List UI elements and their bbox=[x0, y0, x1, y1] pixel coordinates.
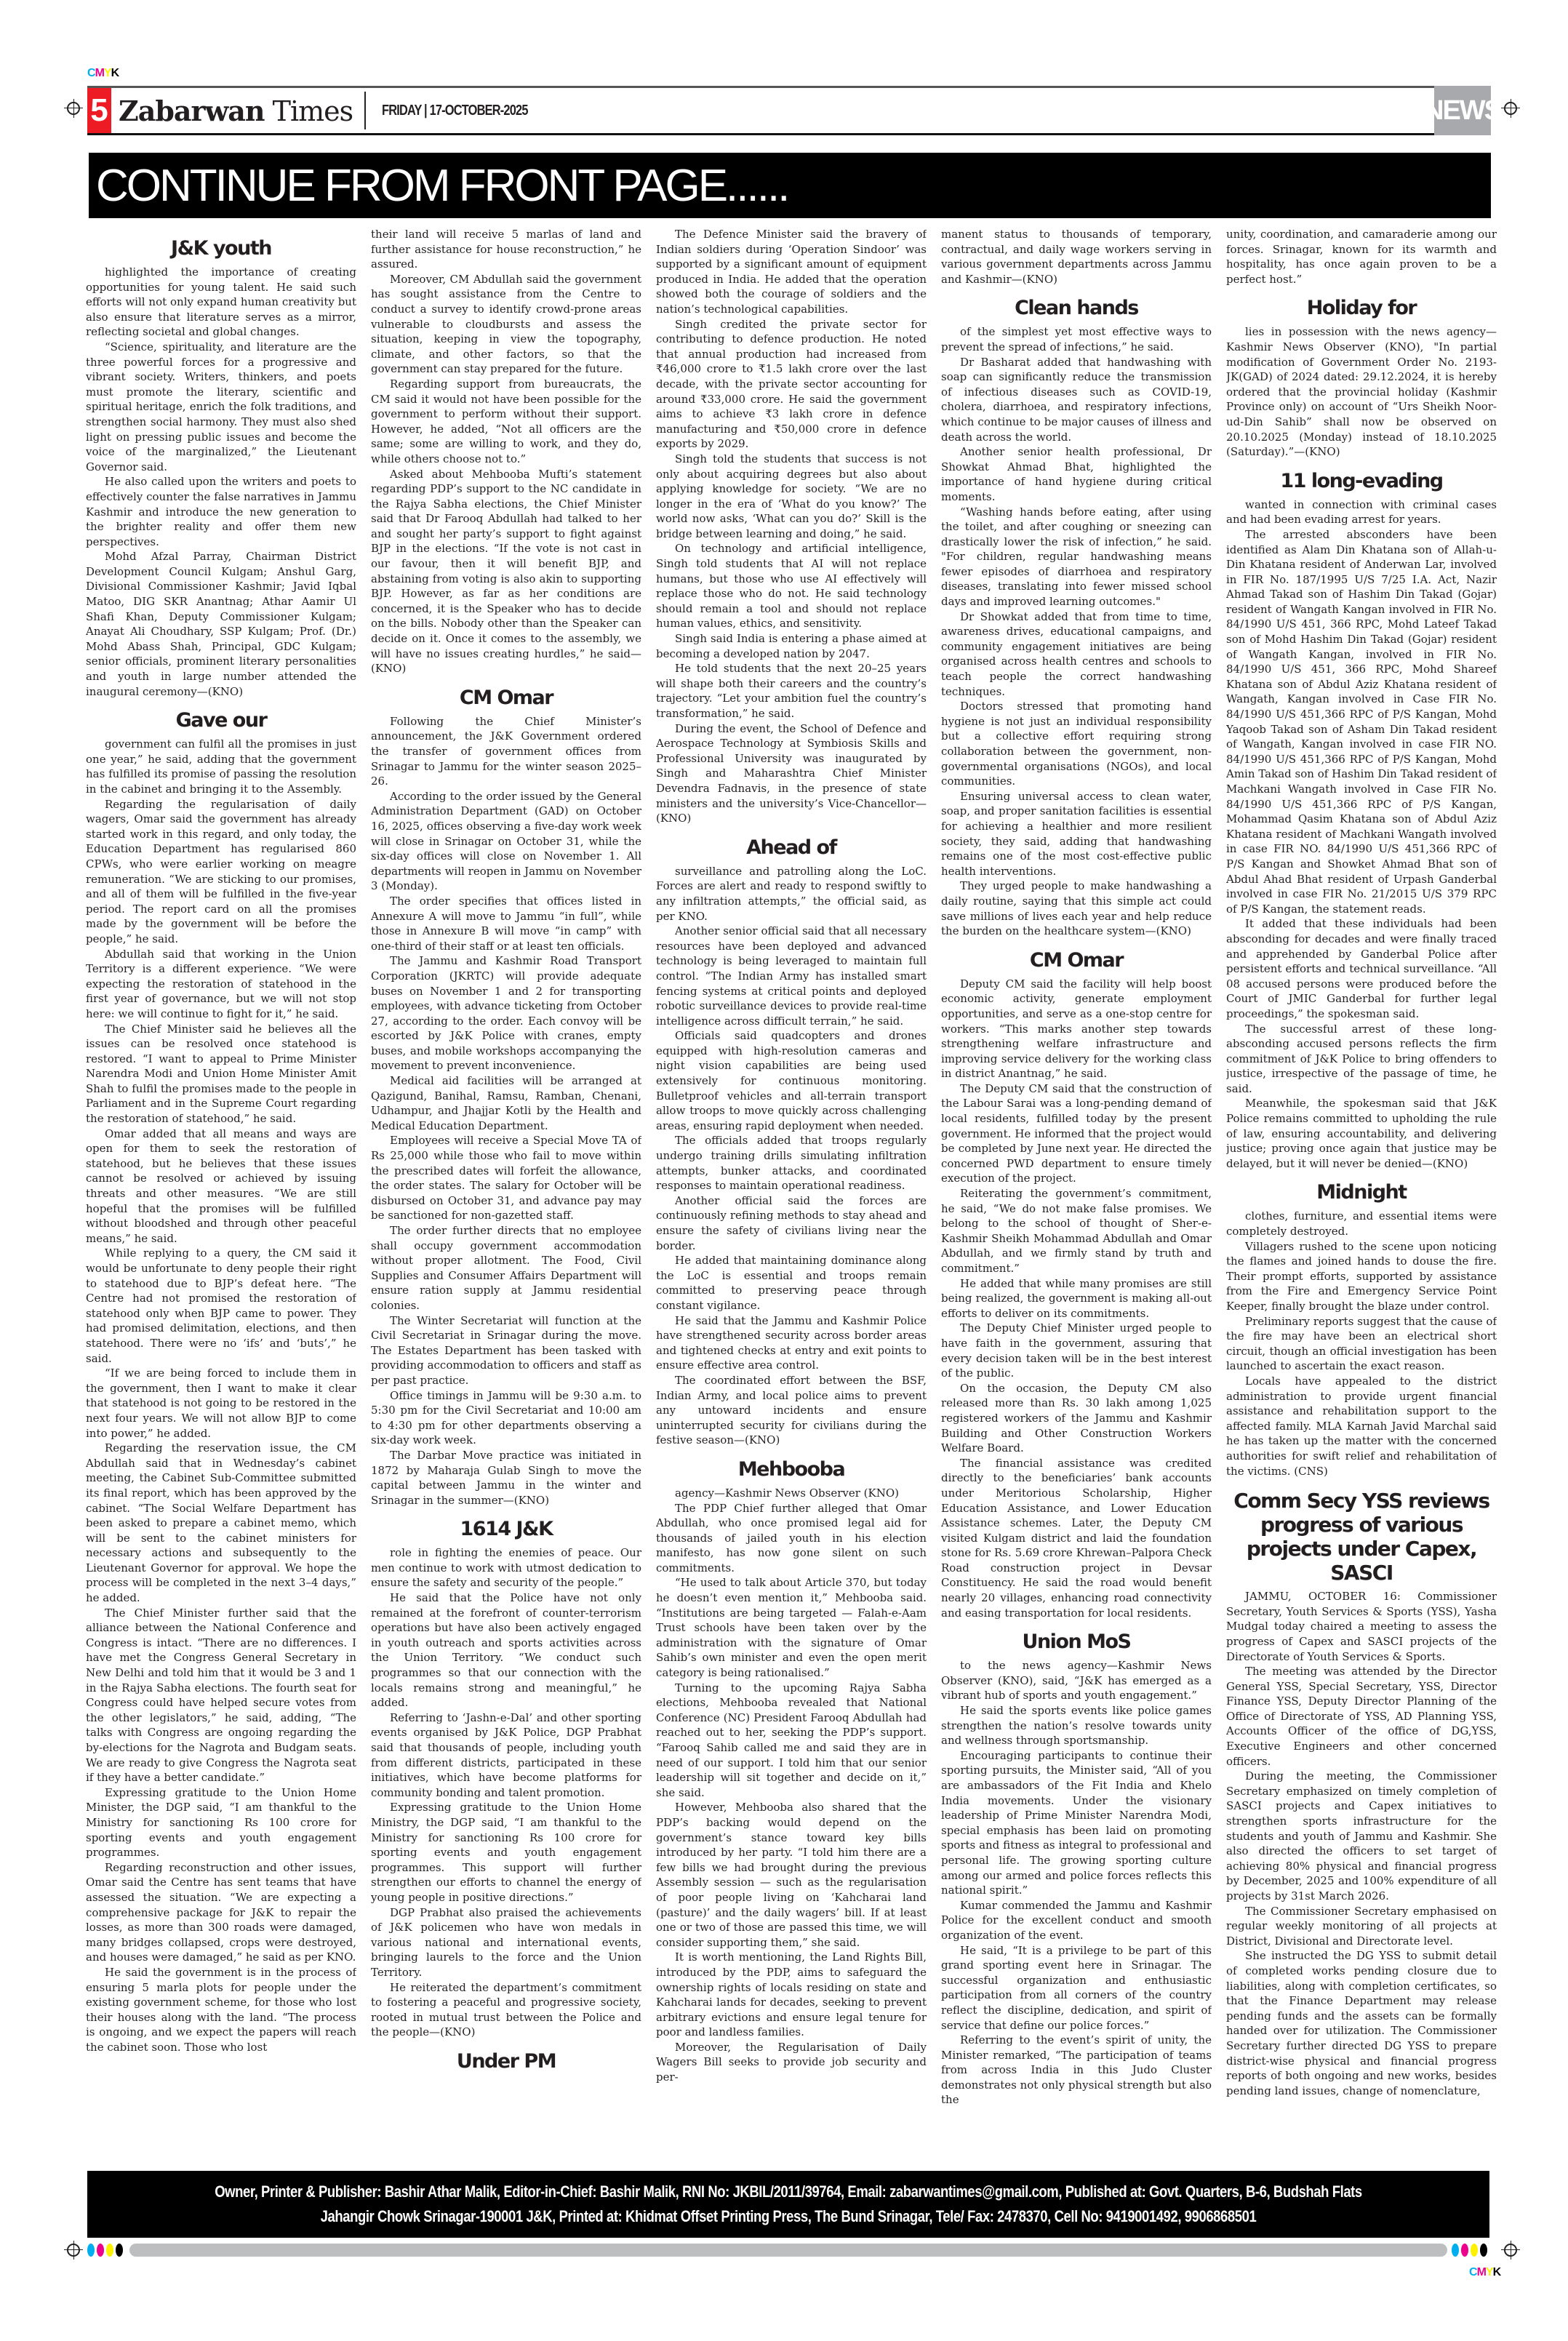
yellow-dot-icon bbox=[106, 2244, 113, 2257]
article-paragraph: The Deputy Chief Minister urged people t… bbox=[941, 1321, 1212, 1380]
yellow-dot-icon bbox=[1471, 2244, 1478, 2257]
color-registration-strip bbox=[87, 2243, 1489, 2257]
article-headline: CM Omar bbox=[941, 949, 1212, 972]
article-paragraph: wanted in connection with criminal cases… bbox=[1226, 497, 1497, 527]
article-paragraph: He said the government is in the process… bbox=[86, 1965, 356, 2055]
article-headline: Midnight bbox=[1226, 1181, 1497, 1204]
article-paragraph: According to the order issued by the Gen… bbox=[371, 789, 641, 894]
section-tab-news: NEWS bbox=[1434, 86, 1491, 135]
article-paragraph: Officials said quadcopters and drones eq… bbox=[656, 1028, 927, 1133]
magenta-dot-icon bbox=[1461, 2244, 1468, 2257]
article-paragraph: Dr Basharat added that handwashing with … bbox=[941, 355, 1212, 445]
black-dot-icon bbox=[1480, 2244, 1487, 2257]
imprint-line-2: Jahangir Chowk Srinagar-190001 J&K, Prin… bbox=[199, 2204, 1377, 2229]
article-paragraph: agency—Kashmir News Observer (KNO) bbox=[656, 1486, 927, 1501]
masthead-logo: Zabarwan Times bbox=[119, 95, 353, 127]
article-paragraph: The meeting was attended by the Director… bbox=[1226, 1664, 1497, 1769]
article-paragraph: They urged people to make handwashing a … bbox=[941, 879, 1212, 938]
article-columns: J&K youthhighlighted the importance of c… bbox=[86, 227, 1497, 2161]
article-paragraph: Encouraging participants to continue the… bbox=[941, 1748, 1212, 1898]
article-paragraph: lies in possession with the news agency—… bbox=[1226, 324, 1497, 459]
article-paragraph: It added that these individuals had been… bbox=[1226, 916, 1497, 1021]
article-paragraph: Ensuring universal access to clean water… bbox=[941, 789, 1212, 879]
article-headline: Comm Secy YSS reviews progress of variou… bbox=[1226, 1489, 1497, 1585]
article-paragraph: Preliminary reports suggest that the cau… bbox=[1226, 1314, 1497, 1374]
article-paragraph: Abdullah said that working in the Union … bbox=[86, 947, 356, 1022]
article-paragraph: Moreover, the Regularisation of Daily Wa… bbox=[656, 2040, 927, 2085]
article-paragraph: On technology and artificial intelligenc… bbox=[656, 541, 927, 631]
article-headline: 11 long-evading bbox=[1226, 470, 1497, 493]
article-paragraph: The coordinated effort between the BSF, … bbox=[656, 1373, 927, 1448]
header-divider bbox=[364, 92, 366, 129]
article-paragraph: The Darbar Move practice was initiated i… bbox=[371, 1448, 641, 1508]
article-paragraph: The PDP Chief further alleged that Omar … bbox=[656, 1501, 927, 1576]
article-headline: Mehbooba bbox=[656, 1458, 927, 1481]
article-paragraph: JAMMU, OCTOBER 16: Commissioner Secretar… bbox=[1226, 1589, 1497, 1664]
imprint-footer: Owner, Printer & Publisher: Bashir Athar… bbox=[87, 2171, 1489, 2238]
article-paragraph: He said, “It is a privilege to be part o… bbox=[941, 1943, 1212, 2033]
article-paragraph: Singh told the students that success is … bbox=[656, 452, 927, 542]
article-paragraph: The Commissioner Secretary emphasised on… bbox=[1226, 1904, 1497, 1949]
article-paragraph: Mohd Afzal Parray, Chairman District Dev… bbox=[86, 549, 356, 699]
article-paragraph: Regarding the reservation issue, the CM … bbox=[86, 1441, 356, 1606]
article-paragraph: Turning to the upcoming Rajya Sabha elec… bbox=[656, 1681, 927, 1801]
article-paragraph: Dr Showkat added that from time to time,… bbox=[941, 609, 1212, 700]
article-paragraph: Employees will receive a Special Move TA… bbox=[371, 1133, 641, 1223]
article-paragraph: The Winter Secretariat will function at … bbox=[371, 1313, 641, 1388]
article-paragraph: He said that the Police have not only re… bbox=[371, 1590, 641, 1710]
registration-mark-icon bbox=[67, 2244, 80, 2257]
column-4: manent status to thousands of temporary,… bbox=[941, 227, 1212, 2161]
article-paragraph: Moreover, CM Abdullah said the governmen… bbox=[371, 272, 641, 377]
registration-mark-icon bbox=[67, 102, 80, 115]
article-paragraph: He said the sports events like police ga… bbox=[941, 1703, 1212, 1748]
cmyk-mark-bottom: CMYK bbox=[1469, 2266, 1500, 2279]
article-paragraph: It is worth mentioning, the Land Rights … bbox=[656, 1950, 927, 2040]
article-paragraph: Reiterating the government’s commitment,… bbox=[941, 1186, 1212, 1276]
column-2: their land will receive 5 marlas of land… bbox=[371, 227, 641, 2161]
cmyk-m: M bbox=[95, 67, 104, 79]
article-paragraph: The successful arrest of these long-absc… bbox=[1226, 1022, 1497, 1097]
article-paragraph: Office timings in Jammu will be 9:30 a.m… bbox=[371, 1388, 641, 1448]
cmyk-mark-top: CMYK bbox=[87, 67, 119, 80]
section-banner: CONTINUE FROM FRONT PAGE...... bbox=[89, 153, 1491, 218]
article-paragraph: The Jammu and Kashmir Road Transport Cor… bbox=[371, 953, 641, 1073]
article-paragraph: Villagers rushed to the scene upon notic… bbox=[1226, 1239, 1497, 1314]
article-paragraph: While replying to a query, the CM said i… bbox=[86, 1246, 356, 1366]
article-paragraph: “He used to talk about Article 370, but … bbox=[656, 1575, 927, 1680]
article-paragraph: Expressing gratitude to the Union Home M… bbox=[86, 1785, 356, 1860]
article-paragraph: He told students that the next 20–25 yea… bbox=[656, 661, 927, 721]
article-paragraph: “Washing hands before eating, after usin… bbox=[941, 505, 1212, 609]
article-paragraph: Regarding support from bureaucrats, the … bbox=[371, 377, 641, 467]
article-headline: CM Omar bbox=[371, 687, 641, 710]
article-paragraph: The Defence Minister said the bravery of… bbox=[656, 227, 927, 317]
cmyk-c: C bbox=[1469, 2266, 1477, 2278]
article-paragraph: Another senior health professional, Dr S… bbox=[941, 444, 1212, 504]
dateline: FRIDAY | 17-OCTOBER-2025 bbox=[382, 103, 528, 119]
column-1: J&K youthhighlighted the importance of c… bbox=[86, 227, 356, 2161]
article-headline: Gave our bbox=[86, 709, 356, 732]
registration-mark-icon bbox=[1504, 102, 1517, 115]
article-paragraph: Following the Chief Minister’s announcem… bbox=[371, 714, 641, 789]
article-paragraph: Doctors stressed that promoting hand hyg… bbox=[941, 699, 1212, 789]
article-paragraph: The arrested absconders have been identi… bbox=[1226, 527, 1497, 916]
cmyk-c: C bbox=[87, 67, 95, 79]
cmyk-k: K bbox=[1493, 2266, 1501, 2278]
black-dot-icon bbox=[116, 2244, 123, 2257]
article-paragraph: The officials added that troops regularl… bbox=[656, 1133, 927, 1193]
imprint-line-1: Owner, Printer & Publisher: Bashir Athar… bbox=[199, 2180, 1377, 2204]
article-paragraph: However, Mehbooba also shared that the P… bbox=[656, 1800, 927, 1950]
article-headline: Holiday for bbox=[1226, 297, 1497, 320]
article-paragraph: Referring to the event’s spirit of unity… bbox=[941, 2033, 1212, 2108]
article-paragraph: He reiterated the department’s commitmen… bbox=[371, 1980, 641, 2040]
article-paragraph: Another official said the forces are con… bbox=[656, 1193, 927, 1253]
article-paragraph: Medical aid facilities will be arranged … bbox=[371, 1073, 641, 1133]
article-paragraph: government can fulfil all the promises i… bbox=[86, 737, 356, 796]
masthead-title-light: Times bbox=[265, 95, 353, 127]
article-paragraph: He also called upon the writers and poet… bbox=[86, 474, 356, 549]
column-3: The Defence Minister said the bravery of… bbox=[656, 227, 927, 2161]
article-headline: J&K youth bbox=[86, 237, 356, 260]
article-paragraph: During the event, the School of Defence … bbox=[656, 721, 927, 826]
article-paragraph: Referring to ‘Jashn-e-Dal’ and other spo… bbox=[371, 1710, 641, 1801]
article-paragraph: The order specifies that offices listed … bbox=[371, 894, 641, 953]
page-header: 5 Zabarwan Times FRIDAY | 17-OCTOBER-202… bbox=[87, 86, 1491, 135]
article-paragraph: The Chief Minister said he believes all … bbox=[86, 1022, 356, 1127]
cyan-dot-icon bbox=[1452, 2244, 1459, 2257]
article-paragraph: The Chief Minister further said that the… bbox=[86, 1606, 356, 1785]
article-paragraph: role in fighting the enemies of peace. O… bbox=[371, 1545, 641, 1590]
article-paragraph: He added that while many promises are st… bbox=[941, 1276, 1212, 1321]
article-paragraph: She instructed the DG YSS to submit deta… bbox=[1226, 1948, 1497, 2098]
cmyk-m: M bbox=[1477, 2266, 1486, 2278]
cyan-dot-icon bbox=[87, 2244, 95, 2257]
magenta-dot-icon bbox=[97, 2244, 104, 2257]
article-paragraph: Singh credited the private sector for co… bbox=[656, 317, 927, 452]
article-paragraph: Expressing gratitude to the Union Home M… bbox=[371, 1800, 641, 1905]
article-paragraph: The Deputy CM said that the construction… bbox=[941, 1081, 1212, 1186]
article-paragraph: Deputy CM said the facility will help bo… bbox=[941, 977, 1212, 1081]
article-paragraph: Omar added that all means and ways are o… bbox=[86, 1127, 356, 1246]
grey-density-bar bbox=[129, 2244, 1447, 2257]
article-headline: Ahead of bbox=[656, 836, 927, 860]
article-paragraph: Another senior official said that all ne… bbox=[656, 924, 927, 1028]
cmyk-k: K bbox=[111, 67, 119, 79]
article-paragraph: The financial assistance was credited di… bbox=[941, 1456, 1212, 1621]
article-headline: Union MoS bbox=[941, 1630, 1212, 1654]
article-paragraph: manent status to thousands of temporary,… bbox=[941, 227, 1212, 287]
article-paragraph: The order further directs that no employ… bbox=[371, 1223, 641, 1313]
article-paragraph: to the news agency—Kashmir News Observer… bbox=[941, 1658, 1212, 1703]
article-paragraph: DGP Prabhat also praised the achievement… bbox=[371, 1905, 641, 1980]
article-paragraph: Singh said India is entering a phase aim… bbox=[656, 631, 927, 661]
column-5: unity, coordination, and camaraderie amo… bbox=[1226, 227, 1497, 2161]
article-paragraph: Asked about Mehbooba Mufti’s statement r… bbox=[371, 467, 641, 676]
article-paragraph: highlighted the importance of creating o… bbox=[86, 265, 356, 340]
article-paragraph: He said that the Jammu and Kashmir Polic… bbox=[656, 1313, 927, 1373]
article-paragraph: On the occasion, the Deputy CM also rele… bbox=[941, 1381, 1212, 1456]
article-paragraph: “Science, spirituality, and literature a… bbox=[86, 340, 356, 474]
article-paragraph: “If we are being forced to include them … bbox=[86, 1366, 356, 1441]
article-paragraph: surveillance and patrolling along the Lo… bbox=[656, 864, 927, 924]
article-paragraph: He added that maintaining dominance alon… bbox=[656, 1253, 927, 1313]
article-paragraph: Regarding the regularisation of daily wa… bbox=[86, 797, 356, 947]
page-number: 5 bbox=[87, 88, 111, 133]
cmyk-y: Y bbox=[1486, 2266, 1493, 2278]
article-headline: Clean hands bbox=[941, 297, 1212, 320]
article-paragraph: Locals have appealed to the district adm… bbox=[1226, 1374, 1497, 1478]
article-paragraph: of the simplest yet most effective ways … bbox=[941, 324, 1212, 354]
article-paragraph: Kumar commended the Jammu and Kashmir Po… bbox=[941, 1898, 1212, 1943]
article-paragraph: Regarding reconstruction and other issue… bbox=[86, 1860, 356, 1965]
article-paragraph: their land will receive 5 marlas of land… bbox=[371, 227, 641, 272]
article-paragraph: During the meeting, the Commissioner Sec… bbox=[1226, 1769, 1497, 1903]
article-headline: 1614 J&K bbox=[371, 1518, 641, 1541]
cmyk-y: Y bbox=[104, 67, 111, 79]
registration-mark-icon bbox=[1504, 2244, 1517, 2257]
article-paragraph: Meanwhile, the spokesman said that J&K P… bbox=[1226, 1096, 1497, 1171]
article-paragraph: clothes, furniture, and essential items … bbox=[1226, 1209, 1497, 1238]
article-headline: Under PM bbox=[371, 2050, 641, 2073]
masthead-title-bold: Zabarwan bbox=[119, 95, 265, 127]
article-paragraph: unity, coordination, and camaraderie amo… bbox=[1226, 227, 1497, 287]
